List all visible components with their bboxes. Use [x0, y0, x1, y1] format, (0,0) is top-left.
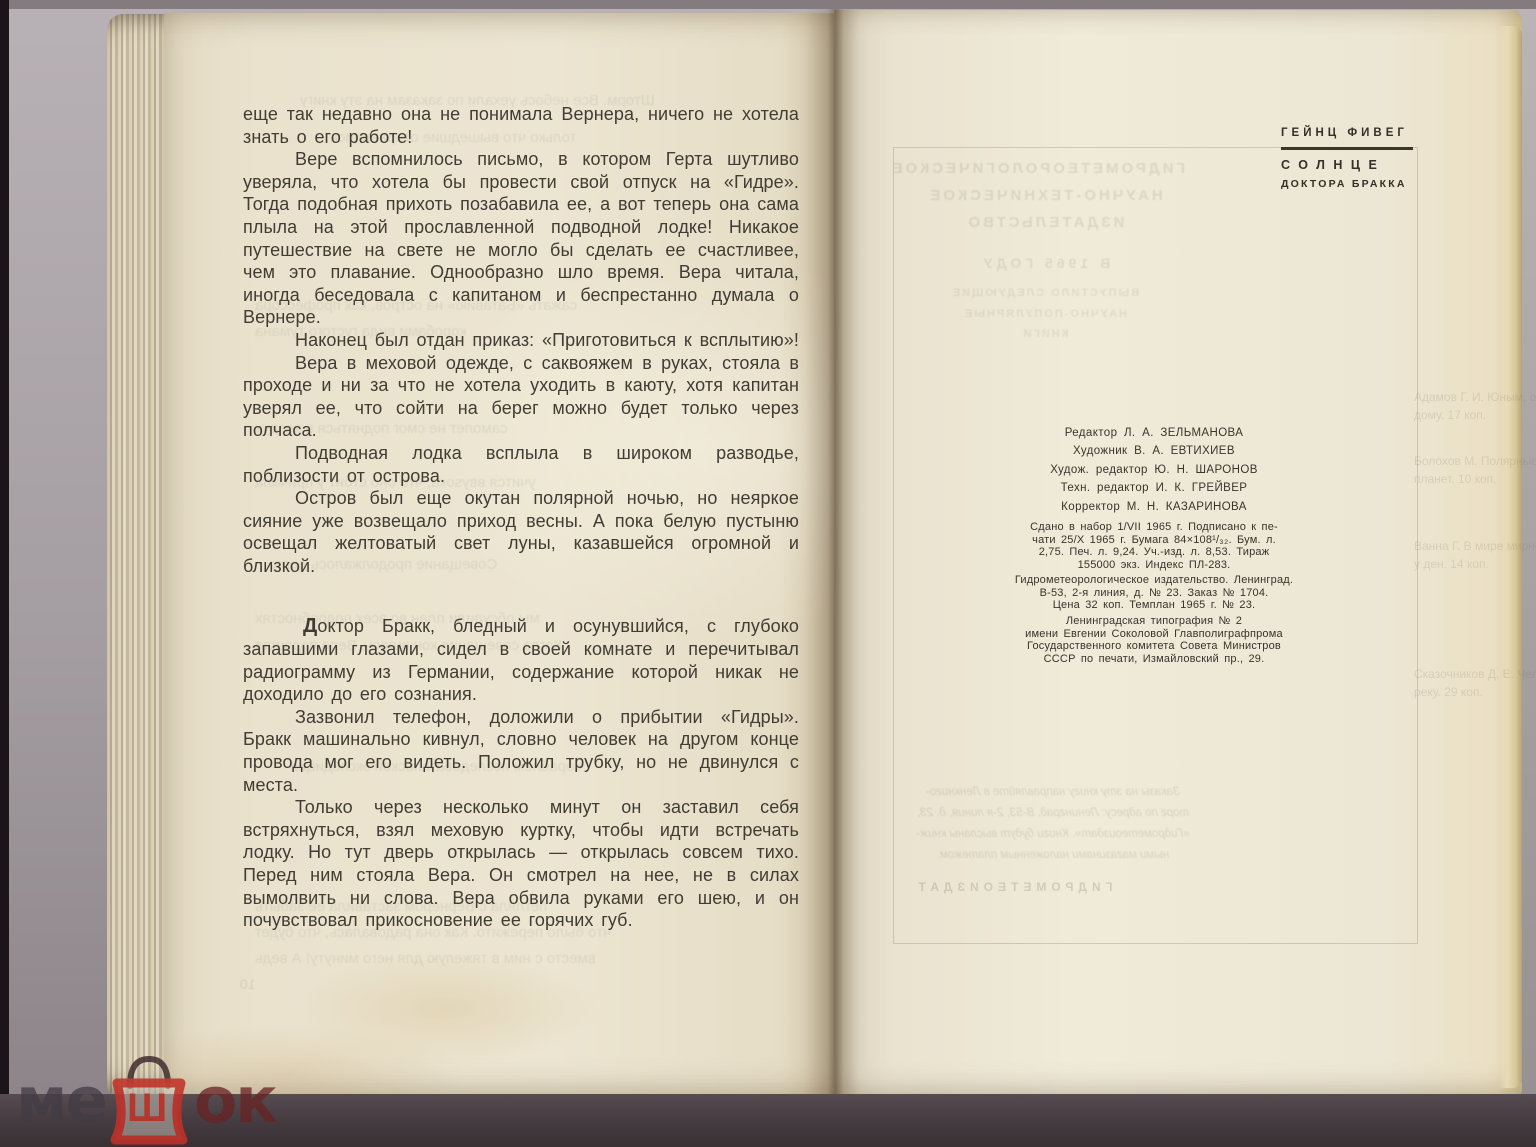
novel-paragraph: Остров был еще окутан полярной ночью, но… [243, 487, 799, 577]
novel-paragraph: Вера в меховой одежде, с саквояжем в рук… [243, 352, 799, 442]
watermark-text-suffix: ок [194, 1064, 276, 1137]
publisher-line: В-53, 2-я линия, д. № 23. Заказ № 1704. [987, 587, 1321, 600]
novel-paragraph: Вере вспомнилось письмо, в котором Герта… [243, 148, 799, 329]
colophon-staff-block: Редактор Л. А. ЗЕЛЬМАНОВА Художник В. А.… [987, 424, 1321, 516]
typography-line: Ленинградская типография № 2 [987, 615, 1321, 628]
colophon-editor: Редактор Л. А. ЗЕЛЬМАНОВА [987, 424, 1321, 442]
imprint-line: Сдано в набор 1/VII 1965 г. Подписано к … [987, 521, 1321, 534]
colophon-tech-editor: Техн. редактор И. К. ГРЕЙВЕР [987, 479, 1321, 497]
typography-line: имени Евгении Соколовой Главполиграфпром… [987, 628, 1321, 641]
book-title-line1: СОЛНЦЕ [1281, 158, 1413, 172]
header-rule [1281, 147, 1413, 150]
watermark-text-prefix: ме [16, 1064, 106, 1137]
book-gutter-shadow [804, 9, 860, 1095]
novel-paragraph-section-start: Доктор Бракк, бледный и осунувшийся, с г… [243, 615, 799, 705]
colophon-proofreader: Корректор М. Н. КАЗАРИНОВА [987, 498, 1321, 516]
colophon-publisher-block: Гидрометеорологическое издательство. Лен… [987, 574, 1321, 612]
scan-left-border [0, 0, 9, 1147]
book-page-edges [107, 14, 166, 1094]
imprint-line: чати 25/X 1965 г. Бумага 84×108¹/₃₂. Бум… [987, 534, 1321, 547]
typography-line: СССР по печати, Измайловский пр., 29. [987, 653, 1321, 666]
watermark-logo: ме Ш ок [14, 1054, 280, 1146]
novel-text-block: еще так недавно она не понимала Вернера,… [243, 103, 799, 932]
imprint-line: 155000 экз. Индекс ПЛ-283. [987, 559, 1321, 572]
book-header: ГЕЙНЦ ФИВЕГ СОЛНЦЕ ДОКТОРА БРАККА [1281, 127, 1413, 190]
book-author: ГЕЙНЦ ФИВЕГ [1281, 127, 1413, 139]
publisher-line: Цена 32 коп. Темплан 1965 г. № 23. [987, 599, 1321, 612]
book-title-line2: ДОКТОРА БРАККА [1281, 178, 1413, 190]
imprint-line: 2,75. Печ. л. 9,24. Уч.-изд. л. 8,53. Ти… [987, 546, 1321, 559]
scanned-book-spread: Шторм. Все небось уехали по заказам на э… [0, 0, 1536, 1147]
novel-paragraph: Наконец был отдан приказ: «Приготовиться… [243, 329, 799, 352]
novel-paragraph: еще так недавно она не понимала Вернера,… [243, 103, 799, 148]
colophon-imprint-block: Сдано в набор 1/VII 1965 г. Подписано к … [987, 521, 1321, 572]
novel-paragraph: Зазвонил телефон, доложили о прибытии «Г… [243, 706, 799, 796]
colophon-typography-block: Ленинградская типография № 2 имени Евген… [987, 615, 1321, 666]
colophon-art-editor: Худож. редактор Ю. Н. ШАРОНОВ [987, 461, 1321, 479]
colophon-artist: Художник В. А. ЕВТИХИЕВ [987, 442, 1321, 460]
scan-top-border [0, 0, 1536, 9]
watermark-bag-letter: Ш [127, 1086, 167, 1131]
novel-paragraph: Подводная лодка всплыла в широком развод… [243, 442, 799, 487]
book-fore-edge [1499, 26, 1522, 1088]
publisher-line: Гидрометеорологическое издательство. Лен… [987, 574, 1321, 587]
typography-line: Государственного комитета Совета Министр… [987, 640, 1321, 653]
novel-paragraph: Только через несколько минут он заставил… [243, 796, 799, 932]
